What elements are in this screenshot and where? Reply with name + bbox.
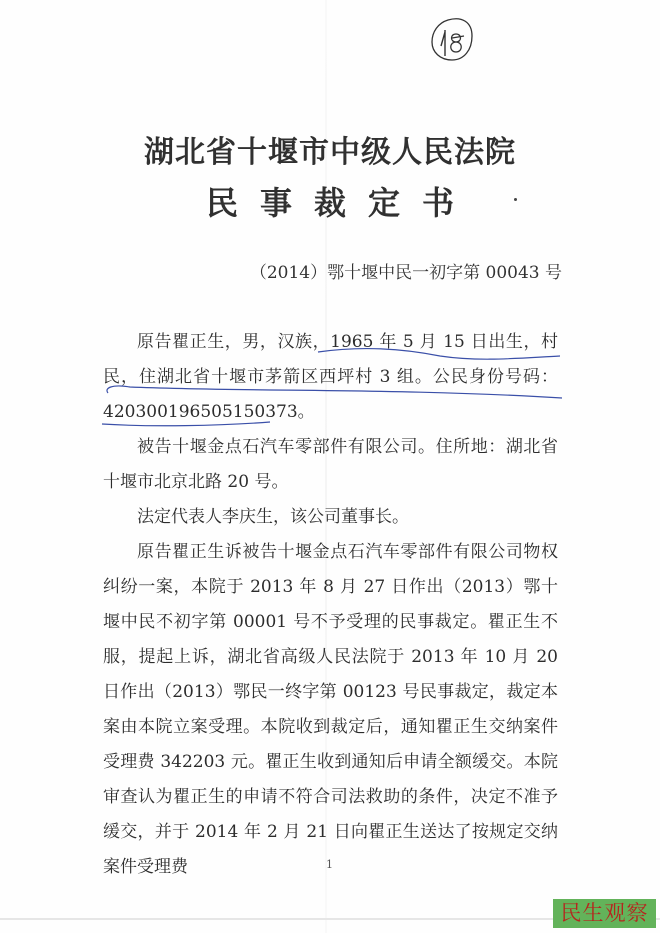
document-page: 湖北省十堰市中级人民法院 民事裁定书 （2014）鄂十堰中民一初字第 00043… (0, 0, 660, 933)
ink-speck (514, 198, 517, 201)
document-body: 原告瞿正生，男，汉族，1965 年 5 月 15 日出生，村民，住湖北省十堰市茅… (103, 325, 558, 885)
paragraph-plaintiff: 原告瞿正生，男，汉族，1965 年 5 月 15 日出生，村民，住湖北省十堰市茅… (103, 325, 558, 430)
paragraph-facts: 原告瞿正生诉被告十堰金点石汽车零部件有限公司物权纠纷一案，本院于 2013 年 … (103, 535, 558, 885)
watermark-badge: 民生观察 (553, 899, 656, 928)
paragraph-representative: 法定代表人李庆生，该公司董事长。 (103, 500, 558, 535)
document-type-title: 民事裁定书 (0, 178, 660, 224)
case-number: （2014）鄂十堰中民一初字第 00043 号 (250, 258, 562, 283)
paragraph-defendant: 被告十堰金点石汽车零部件有限公司。住所地：湖北省十堰市北京北路 20 号。 (103, 430, 558, 500)
handwritten-page-number-icon (428, 14, 476, 64)
court-name: 湖北省十堰市中级人民法院 (0, 127, 660, 171)
page-number: 1 (326, 858, 333, 871)
